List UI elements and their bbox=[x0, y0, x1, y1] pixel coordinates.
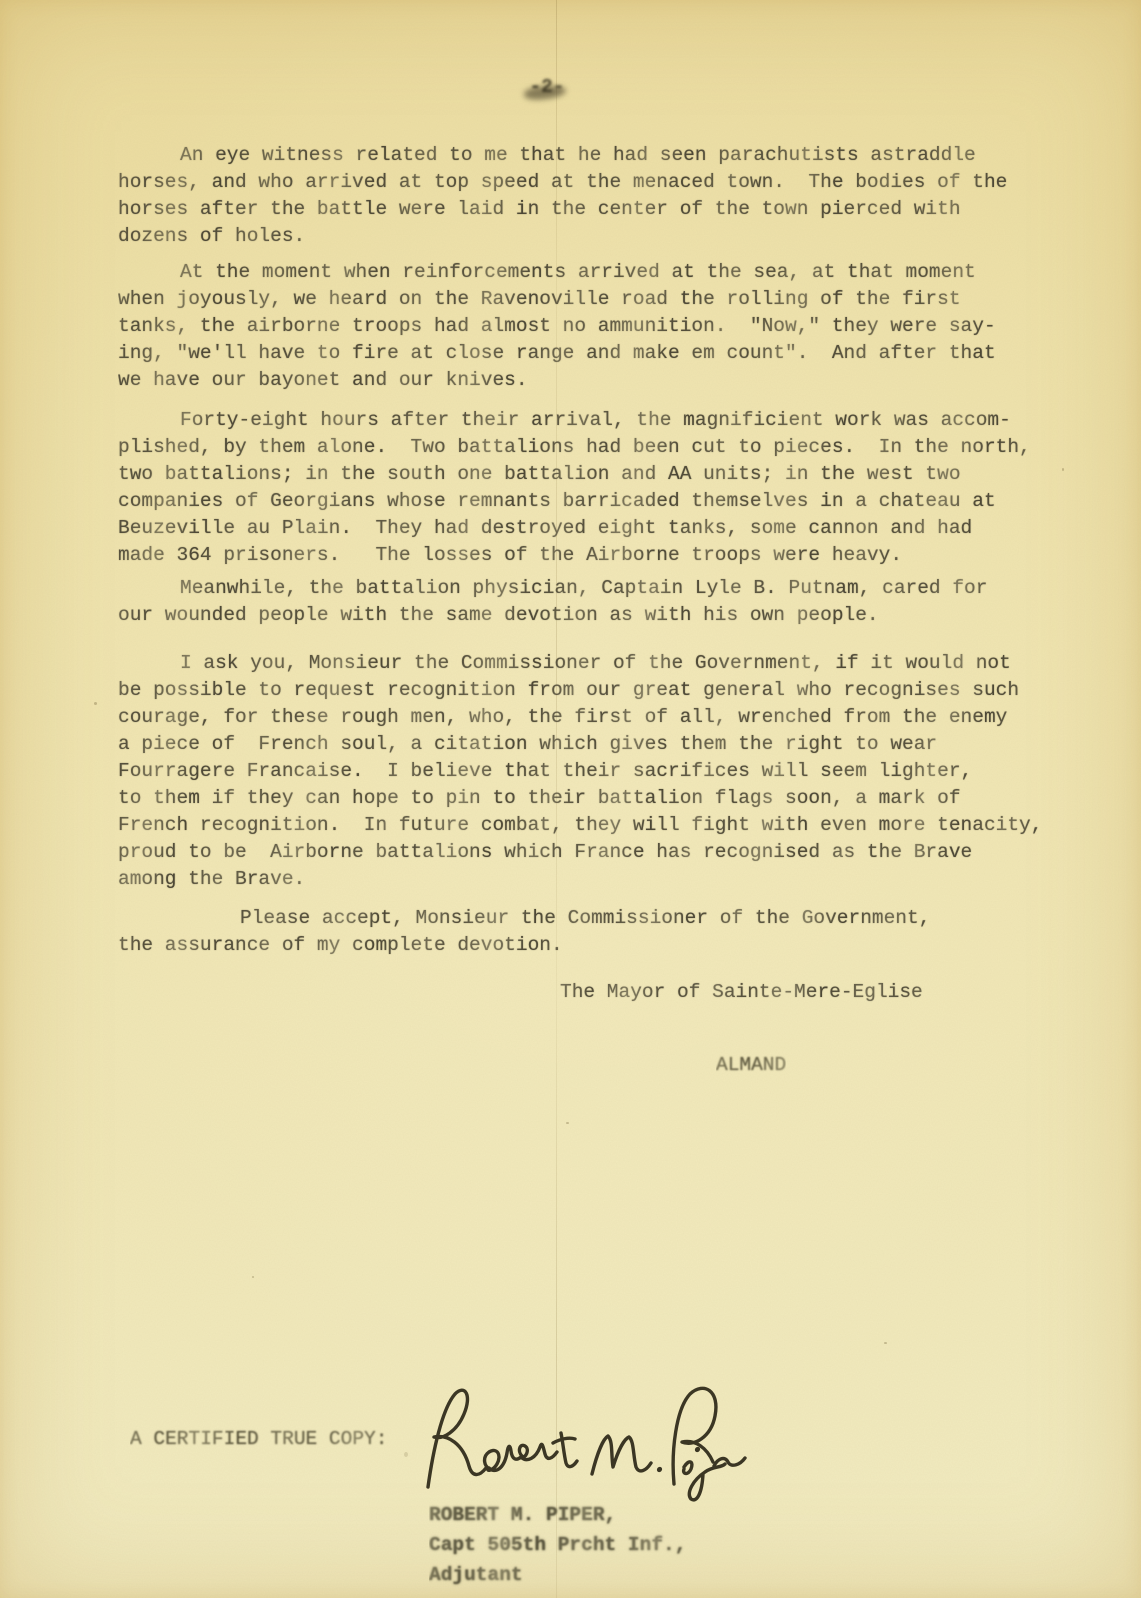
signature-stroke-obert bbox=[485, 1444, 557, 1470]
signature-stroke-m bbox=[592, 1436, 651, 1474]
paper-speck bbox=[1062, 468, 1064, 471]
signature-stroke-iper-flourish bbox=[684, 1449, 745, 1500]
paper-speck bbox=[252, 1276, 254, 1278]
sender-title: The Mayor of Sainte-Mere-Eglise bbox=[560, 979, 923, 1006]
signature-stroke-period bbox=[659, 1469, 661, 1471]
paragraph-forty-eight-hours: Forty-eight hours after their arrival, t… bbox=[118, 407, 1053, 569]
typed-role: Adjutant bbox=[429, 1562, 523, 1589]
paragraph-request-recognition: I ask you, Monsieur the Commissioner of … bbox=[118, 650, 1053, 893]
page-number: -2- bbox=[497, 74, 597, 101]
certification-label: A CERTIFIED TRUE COPY: bbox=[130, 1426, 387, 1453]
signature-stroke-r bbox=[428, 1390, 486, 1487]
paragraph-closing-courtesy: Please accept, Monsieur the Commissioner… bbox=[118, 905, 1053, 959]
handwritten-signature bbox=[412, 1381, 752, 1519]
typed-signature-name: ROBERT M. PIPER, bbox=[429, 1502, 616, 1529]
paragraph-eyewitness: An eye witness related to me that he had… bbox=[118, 142, 1053, 250]
paper-speck bbox=[884, 1342, 887, 1344]
typed-rank-unit: Capt 505th Prcht Inf., bbox=[429, 1532, 686, 1559]
scanned-letter-page: -2- An eye witness related to me that he… bbox=[0, 0, 1141, 1598]
paper-speck bbox=[404, 1452, 408, 1457]
sender-name: ALMAND bbox=[716, 1052, 786, 1079]
paper-speck bbox=[94, 702, 97, 705]
paper-speck bbox=[566, 1122, 569, 1124]
paragraph-battalion-physician: Meanwhile, the battalion physician, Capt… bbox=[118, 575, 1053, 629]
signature-stroke-t-cross bbox=[553, 1433, 577, 1467]
paragraph-reinforcements: At the moment when reinforcements arrive… bbox=[118, 259, 1053, 394]
